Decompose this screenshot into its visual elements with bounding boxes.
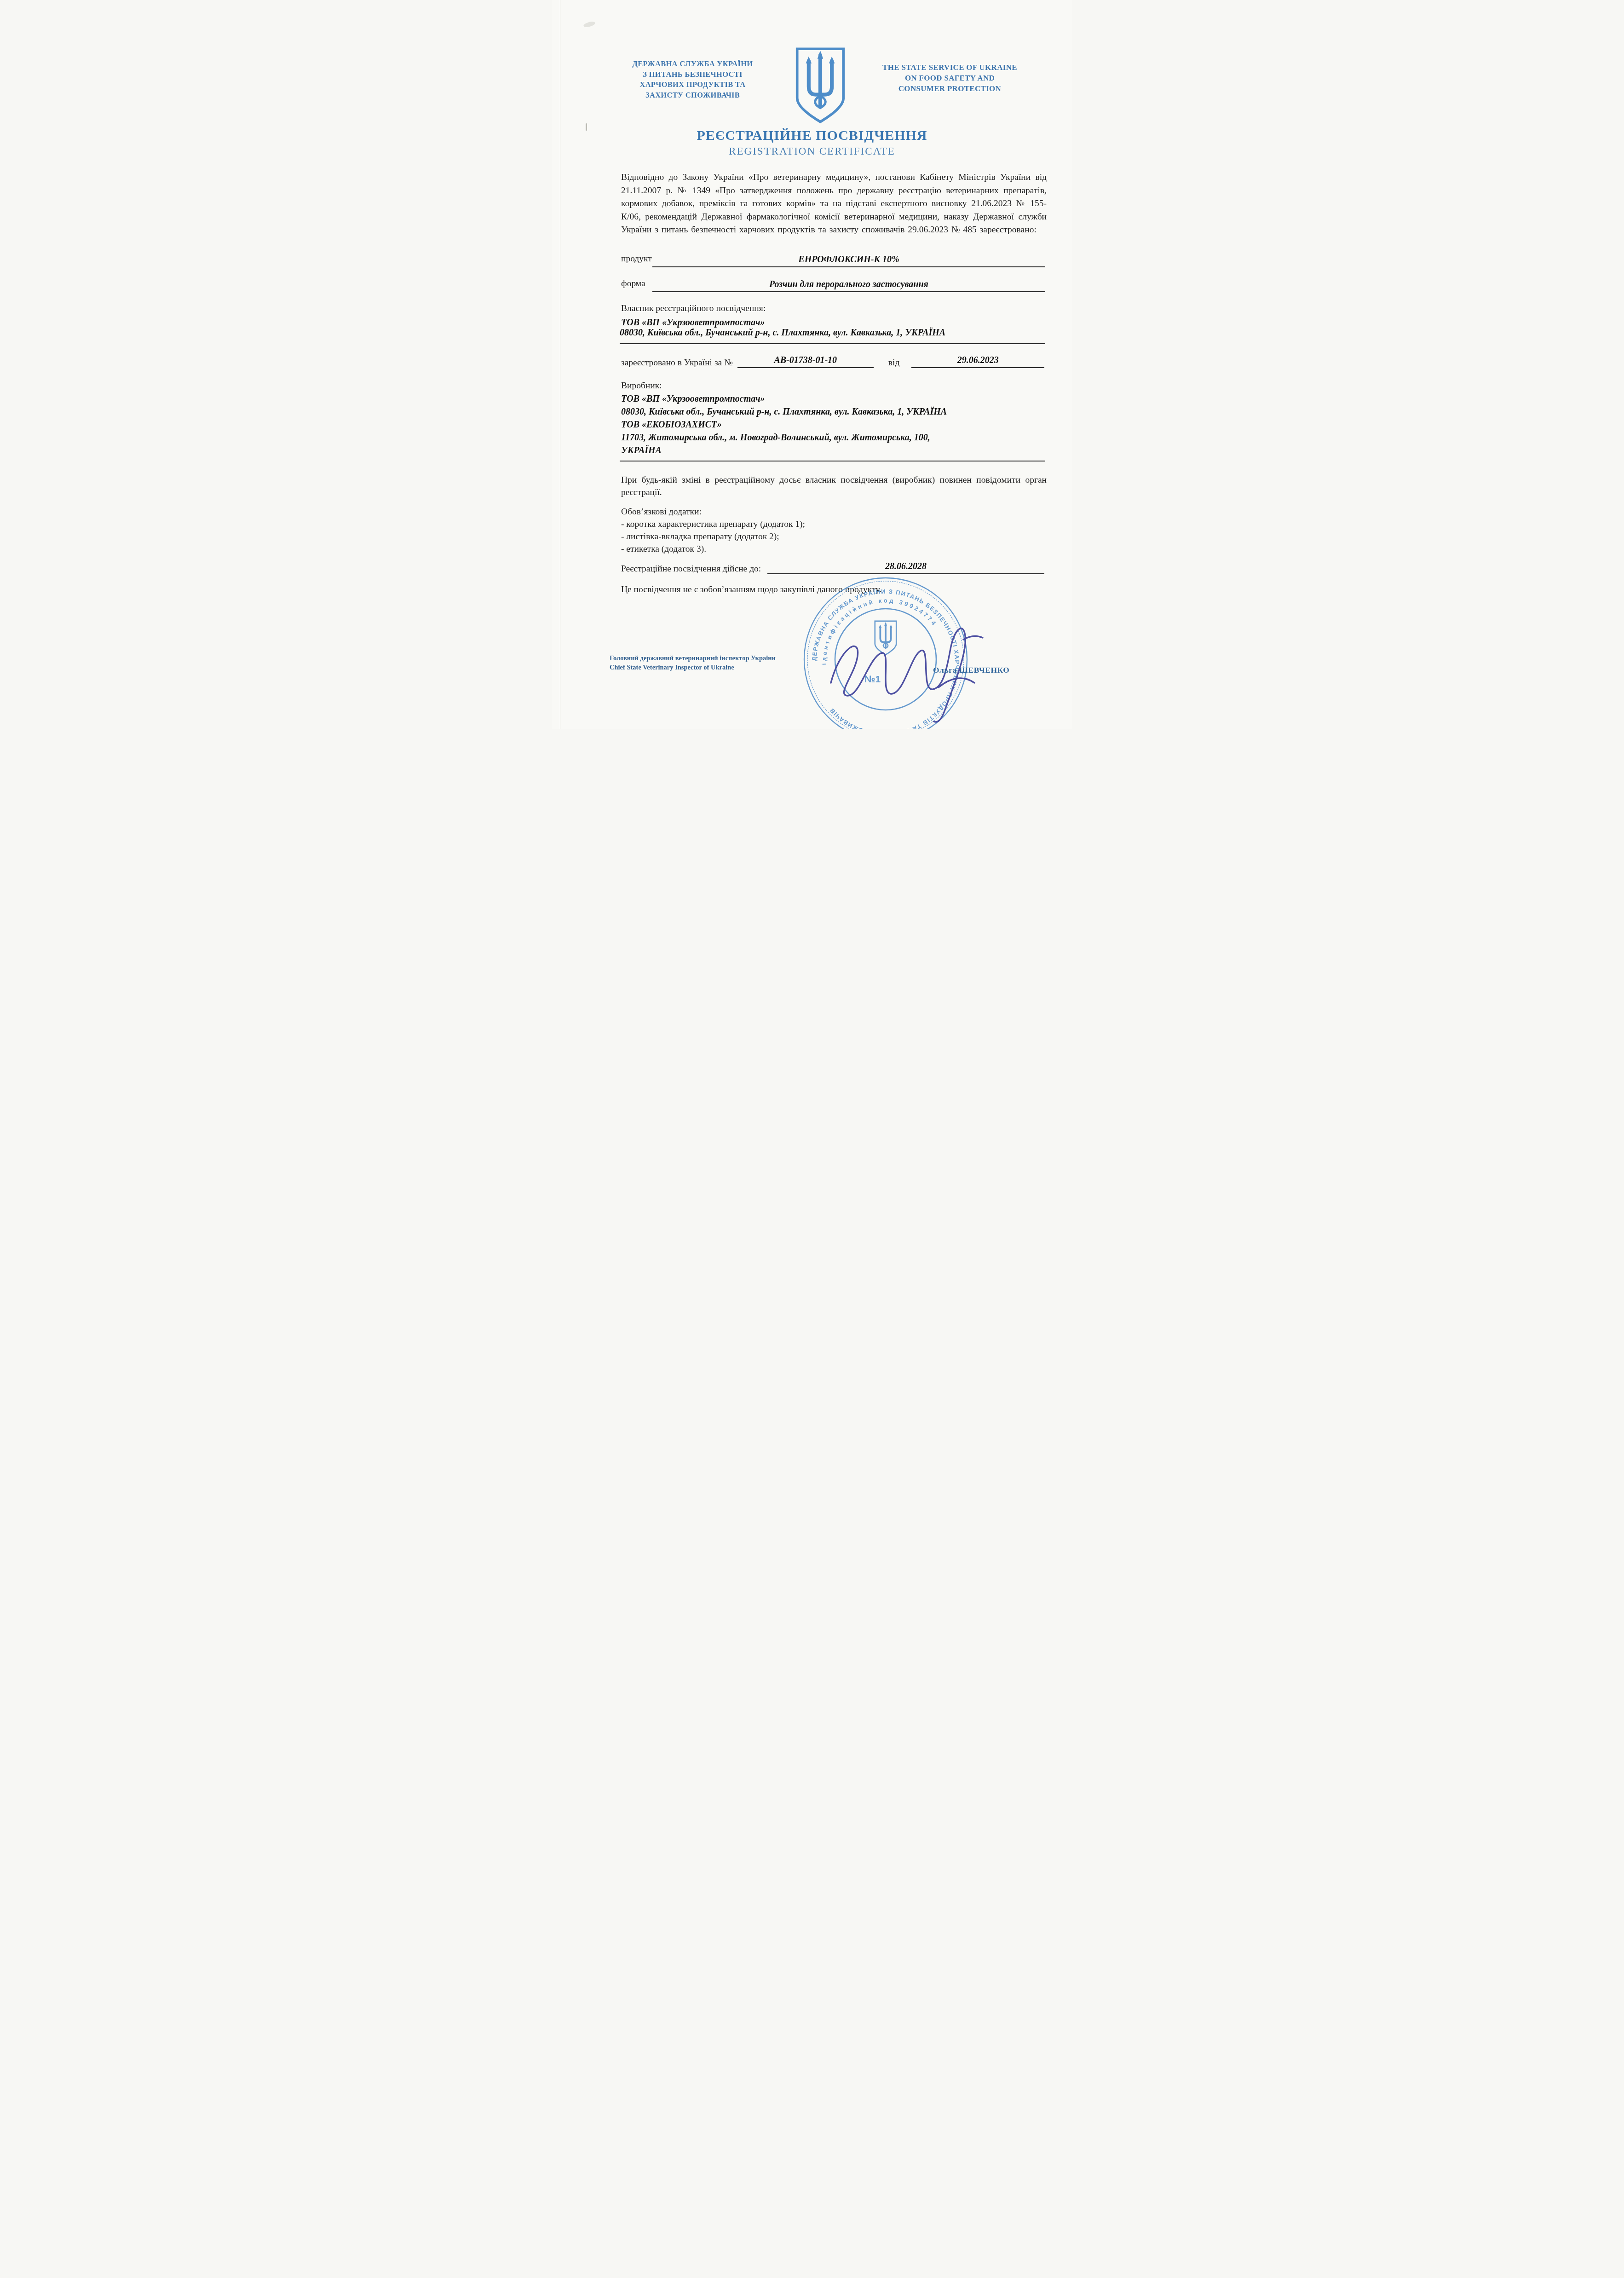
inspector-name: Ольга ШЕВЧЕНКО [933,665,1009,675]
owner-name: ТОВ «ВП «Укрзооветпромпостач» [621,317,765,328]
org-uk-line: ХАРЧОВИХ ПРОДУКТІВ ТА [616,80,770,90]
validity-label: Реєстраційне посвідчення дійсне до: [621,564,761,574]
registration-certificate-page: ДЕРЖАВНА СЛУЖБА УКРАЇНИ З ПИТАНЬ БЕЗПЕЧН… [552,0,1072,729]
product-value: ЕНРОФЛОКСИН-К 10% [798,254,899,265]
manufacturer-heading: Виробник: [621,381,662,391]
registration-row: зареєстровано в Україні за № АВ-01738-01… [621,354,1044,368]
attachments-heading: Обов’язкові додатки: [621,507,702,517]
change-note: При будь-якій зміні в реєстраційному дос… [621,474,1047,499]
org-name-ukrainian: ДЕРЖАВНА СЛУЖБА УКРАЇНИ З ПИТАНЬ БЕЗПЕЧН… [616,59,770,100]
scan-smudge [583,21,596,28]
product-field: ЕНРОФЛОКСИН-К 10% [652,248,1045,267]
ukraine-trident-emblem-icon [791,46,849,125]
owner-address: 08030, Київська обл., Бучанський р-н, с.… [620,328,945,338]
registration-date-label: від [888,358,900,368]
attachment-item: - листівка-вкладка препарату (додаток 2)… [621,532,779,542]
form-field: Розчин для перорального застосування [652,272,1045,292]
manufacturer-line: 11703, Житомирська обл., м. Новоград-Вол… [621,433,930,443]
registration-number: АВ-01738-01-10 [774,355,837,366]
org-uk-line: ЗАХИСТУ СПОЖИВАЧІВ [616,90,770,101]
attachment-item: - коротка характеристика препарату (дода… [621,519,805,530]
form-label: форма [621,279,645,289]
inspector-title-uk: Головний державний ветеринарний інспекто… [610,654,807,663]
document-title-english: REGISTRATION CERTIFICATE [552,145,1072,157]
manufacturer-underline [620,461,1045,461]
registration-date: 29.06.2023 [957,355,999,366]
scan-edge-line [560,0,560,729]
product-label: продукт [621,254,652,264]
registration-date-field: 29.06.2023 [911,355,1044,368]
owner-address-field: 08030, Київська обл., Бучанський р-н, с.… [620,328,1045,344]
document-title-ukrainian: РЕЄСТРАЦІЙНЕ ПОСВІДЧЕННЯ [552,128,1072,144]
inspector-title-block: Головний державний ветеринарний інспекто… [610,654,807,672]
attachment-item: - етикетка (додаток 3). [621,544,706,554]
intro-paragraph: Відповідно до Закону України «Про ветери… [621,171,1047,237]
inspector-title-en: Chief State Veterinary Inspector of Ukra… [610,663,807,673]
registration-label: зареєстровано в Україні за № [621,358,733,368]
form-value: Розчин для перорального застосування [769,279,928,290]
org-en-line: THE STATE SERVICE OF UKRAINE [866,62,1034,73]
manufacturer-line: ТОВ «ВП «Укрзооветпромпостач» [621,394,765,404]
org-uk-line: ДЕРЖАВНА СЛУЖБА УКРАЇНИ [616,59,770,69]
owner-heading: Власник реєстраційного посвідчення: [621,304,766,314]
org-name-english: THE STATE SERVICE OF UKRAINE ON FOOD SAF… [866,62,1034,94]
manufacturer-line: УКРАЇНА [621,445,662,456]
org-en-line: CONSUMER PROTECTION [866,83,1034,94]
registration-number-field: АВ-01738-01-10 [737,355,874,368]
org-uk-line: З ПИТАНЬ БЕЗПЕЧНОСТІ [616,69,770,80]
validity-date: 28.06.2028 [885,561,927,572]
org-en-line: ON FOOD SAFETY AND [866,73,1034,83]
manufacturer-line: 08030, Київська обл., Бучанський р-н, с.… [621,407,947,417]
manufacturer-line: ТОВ «ЕКОБІОЗАХИСТ» [621,420,722,430]
